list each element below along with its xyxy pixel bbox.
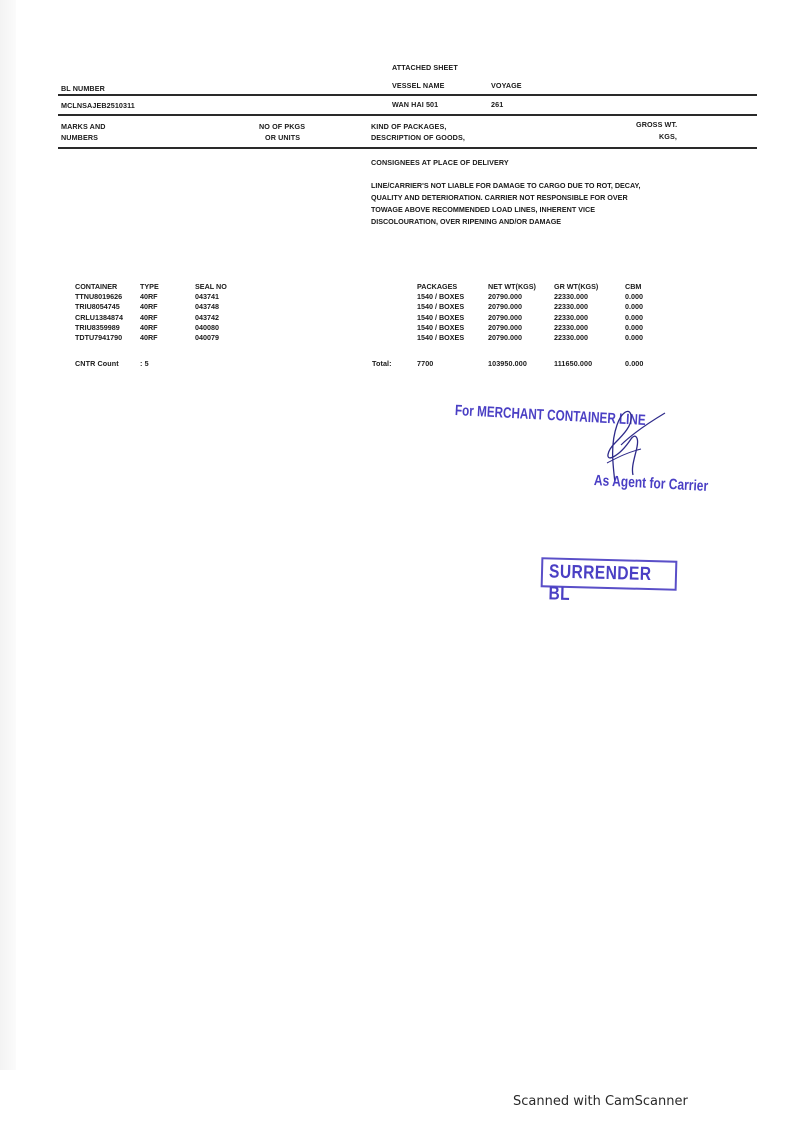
marks-label-1: MARKS AND [61, 122, 106, 131]
total-gross-wt: 111650.000 [554, 359, 592, 368]
table-row-net: 20790.000 [488, 323, 536, 333]
carrier-liability-notice: LINE/CARRIER'S NOT LIABLE FOR DAMAGE TO … [371, 180, 641, 228]
table-row-seal: 040080 [195, 323, 227, 333]
table-row-seal: 043741 [195, 292, 227, 302]
table-row-gross: 22330.000 [554, 323, 598, 333]
table-row-seal: 043742 [195, 313, 227, 323]
table-row-container: TRIU8054745 [75, 302, 123, 312]
divider-1 [58, 94, 757, 96]
packages-header: PACKAGES [417, 282, 464, 292]
table-row-container: TTNU8019626 [75, 292, 123, 302]
voyage-label: VOYAGE [491, 81, 522, 90]
scan-edge-shadow [0, 0, 16, 1070]
table-row-net: 20790.000 [488, 313, 536, 323]
gross-wt-label-2: KGS, [659, 132, 677, 141]
cntr-count-label: CNTR Count [75, 359, 119, 368]
total-net-wt: 103950.000 [488, 359, 527, 368]
table-row-type: 40RF [140, 313, 159, 323]
table-row-container: TRIU8359989 [75, 323, 123, 333]
pkgs-label-1: NO OF PKGS [259, 122, 305, 131]
pkgs-label-2: OR UNITS [265, 133, 300, 142]
table-row-cbm: 0.000 [625, 302, 643, 312]
table-row-gross: 22330.000 [554, 302, 598, 312]
vessel-name-label: VESSEL NAME [392, 81, 445, 90]
table-row-net: 20790.000 [488, 333, 536, 343]
table-row-cbm: 0.000 [625, 313, 643, 323]
bl-number-label: BL NUMBER [61, 84, 105, 93]
table-row-cbm: 0.000 [625, 292, 643, 302]
kind-label-2: DESCRIPTION OF GOODS, [371, 133, 465, 142]
cbm-header: CBM [625, 282, 643, 292]
cbm-column: CBM 0.000 0.000 0.000 0.000 0.000 [625, 282, 643, 343]
seal-column: SEAL NO 043741 043748 043742 040080 0400… [195, 282, 227, 343]
total-packages: 7700 [417, 359, 433, 368]
divider-2 [58, 114, 757, 116]
attached-sheet-title: ATTACHED SHEET [392, 63, 458, 72]
table-row-gross: 22330.000 [554, 333, 598, 343]
container-column: CONTAINER TTNU8019626 TRIU8054745 CRLU13… [75, 282, 123, 343]
table-row-seal: 040079 [195, 333, 227, 343]
voyage-value: 261 [491, 100, 503, 109]
marks-label-2: NUMBERS [61, 133, 98, 142]
agent-stamp: As Agent for Carrier [594, 472, 709, 495]
net-wt-header: NET WT(KGS) [488, 282, 536, 292]
table-row-cbm: 0.000 [625, 323, 643, 333]
table-row-type: 40RF [140, 333, 159, 343]
bl-number-value: MCLNSAJEB2510311 [61, 101, 135, 110]
cntr-count-value: : 5 [140, 359, 149, 368]
seal-header: SEAL NO [195, 282, 227, 292]
table-row-container: CRLU1384874 [75, 313, 123, 323]
divider-3 [58, 147, 757, 149]
camscanner-watermark: Scanned with CamScanner [513, 1094, 688, 1109]
gross-wt-column: GR WT(KGS) 22330.000 22330.000 22330.000… [554, 282, 598, 343]
table-row-cbm: 0.000 [625, 333, 643, 343]
table-row-type: 40RF [140, 302, 159, 312]
surrender-bl-text: SURRENDER BL [548, 561, 652, 608]
container-header: CONTAINER [75, 282, 123, 292]
type-column: TYPE 40RF 40RF 40RF 40RF 40RF [140, 282, 159, 343]
table-row-seal: 043748 [195, 302, 227, 312]
total-cbm: 0.000 [625, 359, 644, 368]
table-row-packages: 1540 / BOXES [417, 313, 464, 323]
table-row-packages: 1540 / BOXES [417, 302, 464, 312]
table-row-net: 20790.000 [488, 292, 536, 302]
table-row-gross: 22330.000 [554, 313, 598, 323]
type-header: TYPE [140, 282, 159, 292]
table-row-type: 40RF [140, 292, 159, 302]
net-wt-column: NET WT(KGS) 20790.000 20790.000 20790.00… [488, 282, 536, 343]
table-row-net: 20790.000 [488, 302, 536, 312]
table-row-gross: 22330.000 [554, 292, 598, 302]
kind-label-1: KIND OF PACKAGES, [371, 122, 446, 131]
consignees-text: CONSIGNEES AT PLACE OF DELIVERY [371, 158, 509, 167]
gross-wt-label-1: GROSS WT. [636, 120, 677, 129]
table-row-container: TDTU7941790 [75, 333, 123, 343]
table-row-packages: 1540 / BOXES [417, 323, 464, 333]
surrender-bl-stamp: SURRENDER BL [541, 557, 678, 591]
gross-wt-header: GR WT(KGS) [554, 282, 598, 292]
table-row-packages: 1540 / BOXES [417, 292, 464, 302]
vessel-name-value: WAN HAI 501 [392, 100, 438, 109]
total-label: Total: [372, 359, 392, 368]
table-row-type: 40RF [140, 323, 159, 333]
table-row-packages: 1540 / BOXES [417, 333, 464, 343]
packages-column: PACKAGES 1540 / BOXES 1540 / BOXES 1540 … [417, 282, 464, 343]
